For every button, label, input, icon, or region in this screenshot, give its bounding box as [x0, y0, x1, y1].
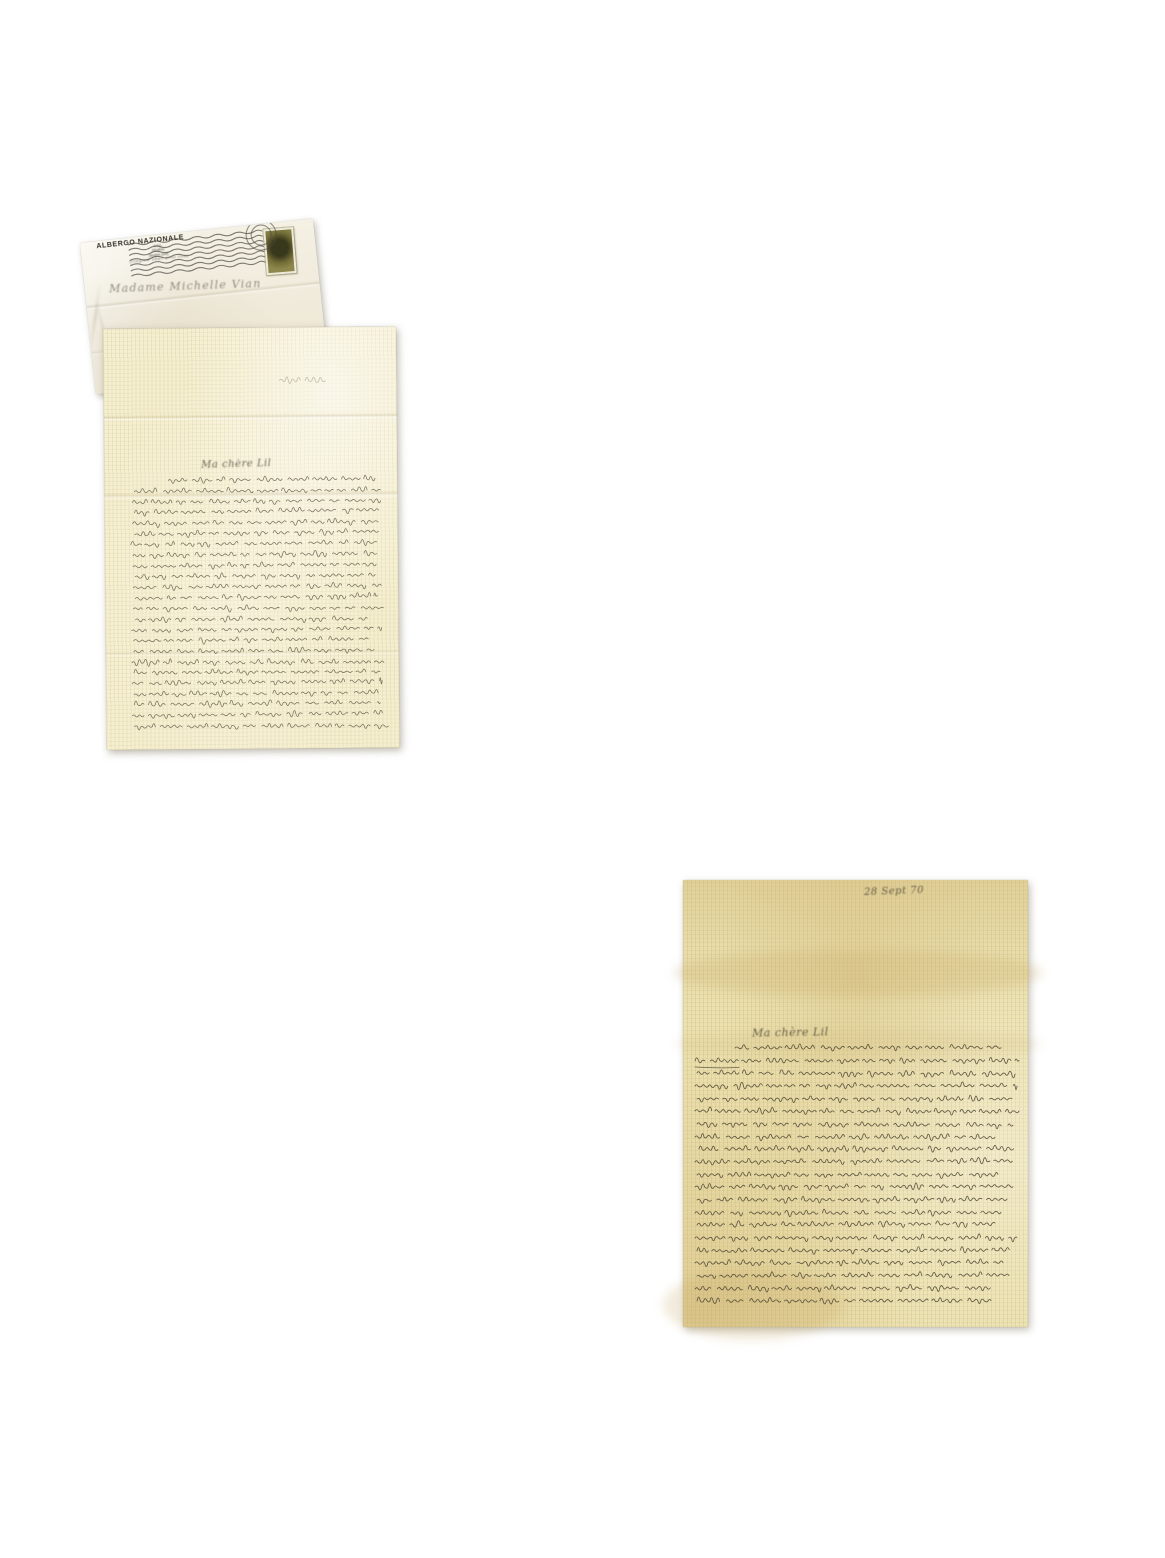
hotel-letterhead: ALBERGO NAZIONALE S.P.A. (illegible) (il… [96, 231, 220, 268]
letter1-handwriting [103, 326, 400, 750]
scanned-letters-photo: ALBERGO NAZIONALE S.P.A. (illegible) (il… [0, 0, 1165, 1558]
letter-page-2: 28 Sept 70 Ma chère Lil [683, 880, 1028, 1327]
fold-crease [104, 412, 397, 422]
letter-page-1: Ma chère Lil [103, 326, 400, 750]
letter2-handwriting [683, 880, 1028, 1327]
postage-stamp [263, 227, 297, 275]
paper-stain [673, 950, 1043, 996]
fold-crease [106, 648, 399, 658]
letter2-date: 28 Sept 70 [864, 885, 924, 898]
fold-crease [104, 490, 397, 500]
paper-stain [673, 1030, 1043, 1058]
letter2-greeting: Ma chère Lil [752, 1025, 829, 1039]
paper-stain [663, 1270, 843, 1340]
letter1-greeting: Ma chère Lil [201, 458, 272, 471]
